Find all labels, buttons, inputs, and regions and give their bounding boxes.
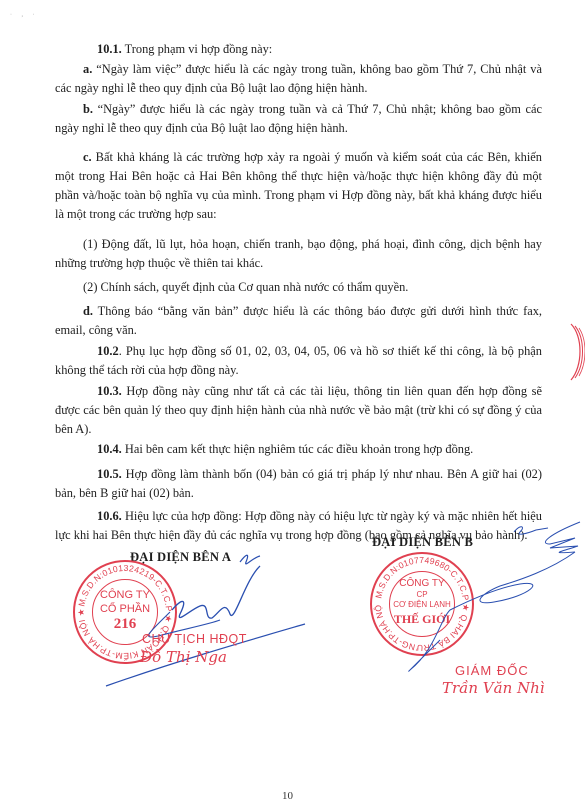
contract-page: · , · 10.1. Trong phạm vi hợp đồng này: … (0, 0, 585, 808)
party-b-signature (400, 510, 585, 680)
clause-10-1: 10.1. Trong phạm vi hợp đồng này: (55, 40, 542, 59)
party-b-name: Trần Văn Nhì (442, 679, 545, 697)
clause-c-1: (1) Động đất, lũ lụt, hỏa hoạn, chiến tr… (55, 235, 542, 273)
clause-10-3: 10.3. Hợp đồng này cũng như tất cả các t… (55, 382, 542, 439)
clause-a: a. “Ngày làm việc” được hiểu là các ngày… (55, 60, 542, 98)
clause-c: c. Bất khả kháng là các trường hợp xảy r… (55, 148, 542, 224)
clause-10-2: 10.2. Phụ lục hợp đồng số 01, 02, 03, 04… (55, 342, 542, 380)
party-a-name: Đỗ Thị Nga (140, 648, 227, 666)
clause-b: b. “Ngày” được hiểu là các ngày trong tu… (55, 100, 542, 138)
page-edge-seal (569, 322, 585, 382)
clause-10-5: 10.5. Hợp đồng làm thành bốn (04) bản có… (55, 465, 542, 503)
clause-d: d. Thông báo “bằng văn bản” được hiểu là… (55, 302, 542, 340)
party-a-title: CHỦ TỊCH HĐQT (142, 632, 247, 646)
clause-c-2: (2) Chính sách, quyết định của Cơ quan n… (55, 278, 542, 297)
clause-10-4: 10.4. Hai bên cam kết thực hiện nghiêm t… (55, 440, 542, 459)
party-b-title: GIÁM ĐỐC (455, 663, 529, 678)
page-number: 10 (282, 790, 293, 802)
scan-marks: · , · (10, 12, 39, 18)
